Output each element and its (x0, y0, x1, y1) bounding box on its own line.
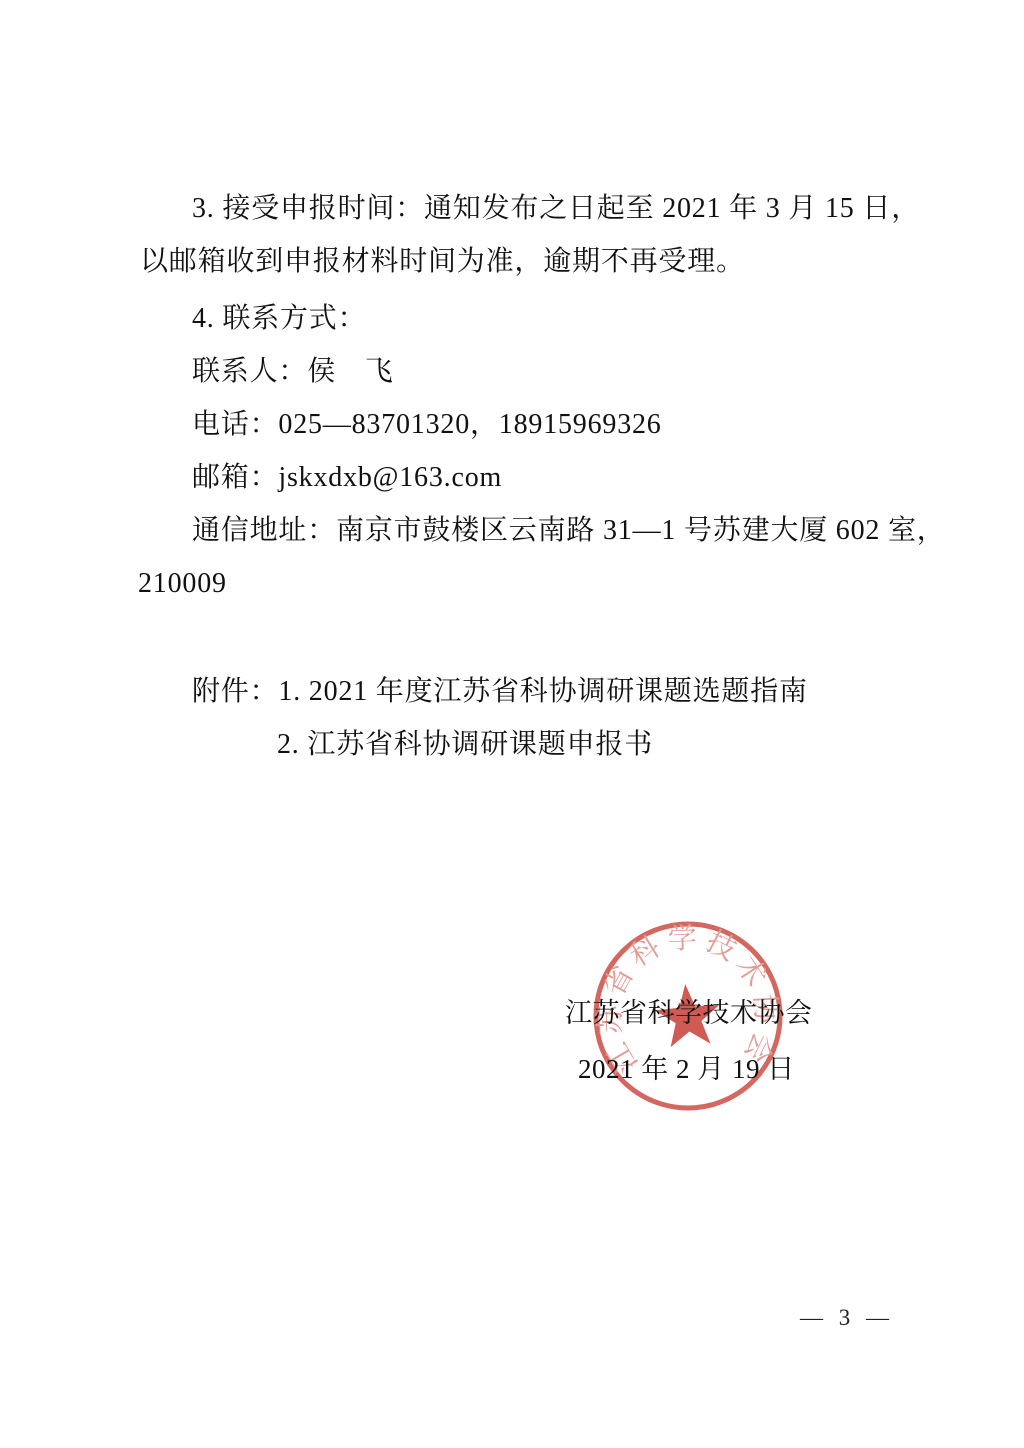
phone-line: 电话：025—83701320，18915969326 (192, 409, 662, 441)
notice-page-3: 江苏省科学技术协会 3. 接受申报时间：通知发布之日起至 2021 年 3 月 … (0, 0, 1024, 1448)
issue-date: 2021 年 2 月 19 日 (578, 1053, 795, 1085)
para-3-line-1: 3. 接受申报时间：通知发布之日起至 2021 年 3 月 15 日， (192, 193, 920, 225)
address-line: 通信地址：南京市鼓楼区云南路 31—1 号苏建大厦 602 室， (192, 515, 946, 547)
attachments-line-1: 附件：1. 2021 年度江苏省科协调研课题选题指南 (192, 676, 808, 708)
attachments-line-2: 2. 江苏省科协调研课题申报书 (277, 729, 653, 761)
issuer-name: 江苏省科学技术协会 (565, 997, 813, 1029)
page-number: — 3 — (800, 1305, 894, 1331)
contact-person-line: 联系人：侯 飞 (192, 356, 394, 388)
para-3-line-2: 以邮箱收到申报材料时间为准，逾期不再受理。 (140, 246, 745, 278)
email-line: 邮箱：jskxdxb@163.com (192, 462, 502, 494)
postcode-line: 210009 (138, 568, 227, 600)
para-4-heading: 4. 联系方式： (192, 303, 366, 335)
